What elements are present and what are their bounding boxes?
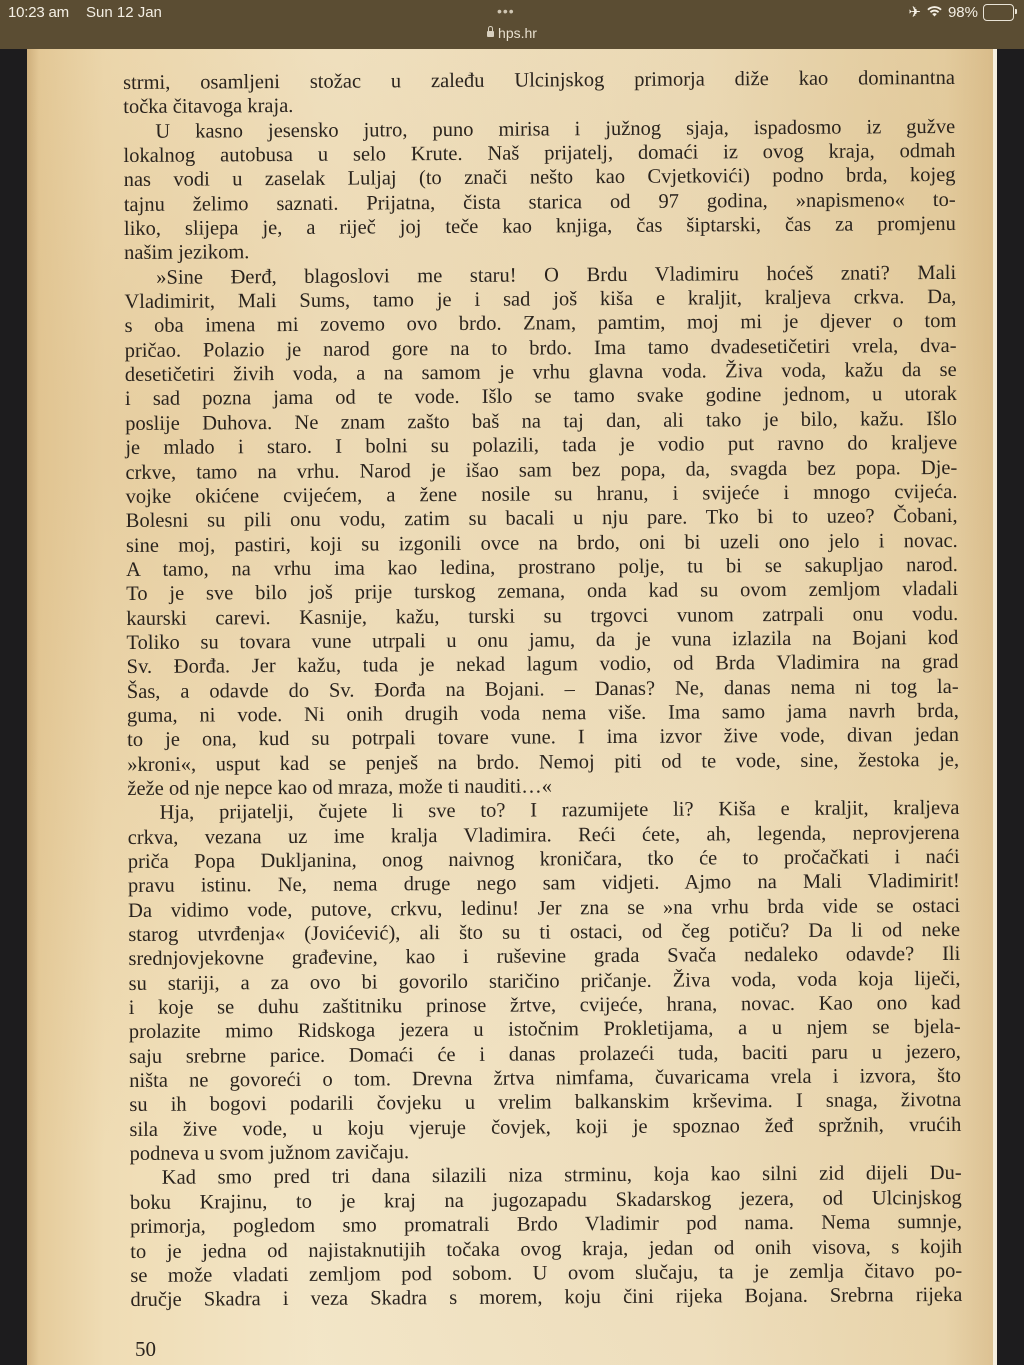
text-line: dručje Skadra i veza Skadra s morem, koj…	[130, 1283, 962, 1312]
wifi-icon	[926, 4, 943, 21]
url-bar[interactable]: hps.hr	[0, 25, 1024, 41]
battery-icon	[983, 4, 1014, 21]
page-number: 50	[135, 1337, 156, 1362]
text-line: »kroni«, usput kad se penješ na brdo. Ne…	[127, 748, 959, 777]
status-indicators: ✈ 98%	[908, 3, 1014, 21]
page-text: strmi, osamljeni stožac u zaleđu Ulcinjs…	[123, 66, 963, 1313]
airplane-mode-icon: ✈	[908, 3, 921, 21]
url-text: hps.hr	[498, 25, 537, 41]
scanned-book-page: strmi, osamljeni stožac u zaleđu Ulcinjs…	[27, 49, 997, 1365]
status-bar: 10:23 am Sun 12 Jan ••• ✈ 98% hps.hr	[0, 0, 1024, 49]
multitasking-dots-icon[interactable]: •••	[497, 3, 515, 19]
battery-percent: 98%	[948, 4, 978, 21]
status-date: Sun 12 Jan	[86, 4, 162, 21]
status-time: 10:23 am	[8, 4, 69, 21]
lock-icon	[487, 31, 494, 37]
